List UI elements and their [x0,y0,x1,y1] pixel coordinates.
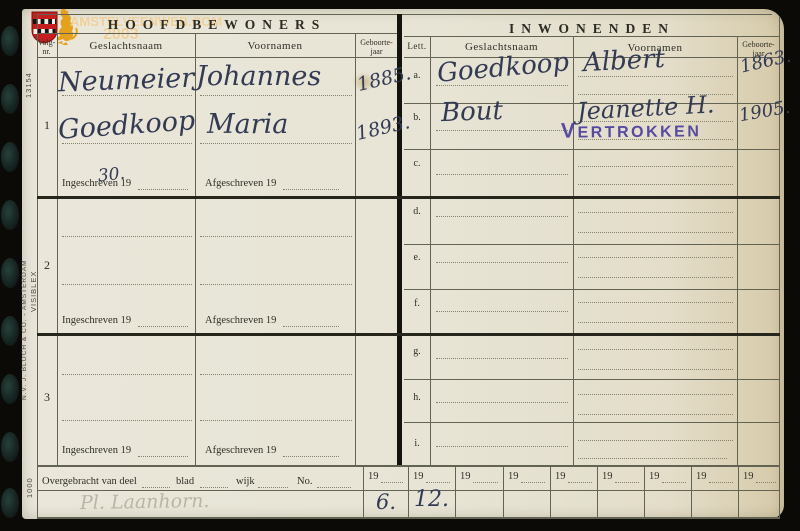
write-line [200,420,352,421]
printer-name: N.V. J. BLOCH & CO. - AMSTERDAM [21,188,28,400]
write-line [568,482,592,483]
write-line [578,440,733,441]
afgeschreven-label: Afgeschreven 19 [205,178,276,189]
table-right-border [779,16,780,518]
grid-line [737,36,738,465]
year-cell-label: 19 [508,471,519,482]
scanned-register-page: 13154 VISIBLEX N.V. J. BLOCH & CO. - AMS… [0,0,800,531]
row-letter: g. [406,346,428,357]
row-letter: d. [406,206,428,217]
write-line [62,374,192,375]
hw-geslachtsnaam: Bout [441,98,504,126]
col-header-geboortejaar-left: Geboorte- jaar [355,38,398,56]
grid-line [503,465,504,518]
grid-line [355,33,356,465]
section-divider [37,196,780,199]
write-line [578,212,733,213]
write-line [138,189,188,190]
binding-hole [1,84,19,114]
write-line [578,166,733,167]
binding-hole [1,26,19,56]
vertrokken-stamp: VERTROKKEN [561,118,702,143]
write-line [138,456,188,457]
grid-line [691,465,692,518]
grid-line [37,33,398,34]
write-line [142,487,170,488]
binding-hole [1,316,19,346]
binding-hole [1,258,19,288]
write-line [615,482,639,483]
write-line [200,95,352,96]
left-section-title: HOOFDBEWONERS [37,17,397,33]
ingeschreven-label: Ingeschreven 19 [62,315,131,326]
grid-line [195,33,196,465]
write-line [473,482,498,483]
row-letter: a. [406,70,428,81]
col-header-voornamen-left: Voornamen [195,40,355,52]
write-line [436,262,568,263]
write-line [62,284,192,285]
row-letter: e. [406,252,428,263]
grid-line [363,465,364,518]
row-letter: b. [406,112,428,123]
write-line [578,232,733,233]
write-line [578,302,733,303]
grid-line [597,465,598,518]
hw-year-value: 12. [414,489,449,511]
write-line [578,184,733,185]
write-line [200,487,228,488]
col-header-volgnr-line1: Volg- [38,38,56,47]
print-run: 1000 [25,458,34,498]
write-line [578,257,733,258]
grid-line [573,36,574,465]
grid-line [738,465,739,518]
grid-line [404,149,779,150]
write-line [200,143,352,144]
write-line [283,189,339,190]
write-line [436,311,568,312]
write-line [578,349,733,350]
write-line [200,374,352,375]
write-line [709,482,733,483]
write-line [200,236,352,237]
write-line [436,358,568,359]
year-cell-label: 19 [413,471,424,482]
row-letter: c. [406,158,428,169]
hw-year-value: 6. [376,492,396,513]
transfer-no-label: No. [297,476,312,487]
binding-hole [1,432,19,462]
grid-line [550,465,551,518]
grid-line [408,465,409,518]
write-line [578,277,733,278]
hw-geslachtsnaam: Neumeier [58,65,195,97]
binding-hole [1,374,19,404]
col-header-lett: Lett. [404,41,430,51]
write-line [283,456,339,457]
write-line [521,482,545,483]
afgeschreven-label: Afgeschreven 19 [205,445,276,456]
write-line [426,482,450,483]
grid-line [644,465,645,518]
grid-line [404,422,779,423]
right-section-title: INWONENDEN [404,21,780,37]
col-header-volgnr: Volg- nr. [36,38,57,56]
write-line [578,458,727,459]
volgnr-2: 2 [37,258,57,273]
transfer-blad-label: blad [176,476,194,487]
write-line [578,369,733,370]
write-line [283,326,339,327]
col-header-geb-line1: Geboorte- [360,38,392,47]
ingeschreven-label: Ingeschreven 19 [62,445,131,456]
write-line [578,414,733,415]
year-cell-label: 19 [696,471,707,482]
hw-voornamen: Johannes [196,63,321,90]
col-header-geb-line2: jaar [371,47,383,56]
year-cell-label: 19 [602,471,613,482]
hw-voornamen: Albert [582,46,665,76]
write-line [436,130,568,131]
grid-line [37,57,398,58]
year-cell-label: 19 [649,471,660,482]
binding-hole [1,488,19,518]
transfer-wijk-label: wijk [236,476,255,487]
write-line [200,284,352,285]
row-letter: i. [406,438,428,449]
write-line [436,174,568,175]
section-divider [37,333,780,336]
row-letter: f. [406,298,428,309]
volgnr-1: 1 [37,118,57,133]
grid-line [404,379,779,380]
volgnr-3: 3 [37,390,57,405]
write-line [662,482,686,483]
write-line [436,446,568,447]
table-top-border [37,14,772,15]
pencil-note: Pl. Laanhorn. [80,492,210,513]
grid-line [430,36,431,465]
write-line [381,482,403,483]
write-line [317,487,351,488]
sheet-serial-number: 13154 [24,36,33,98]
hw-voornamen: Maria [207,111,288,138]
grid-line [404,244,779,245]
year-cell-label: 19 [555,471,566,482]
col-header-volgnr-line2: nr. [42,47,50,56]
row-letter: h. [406,392,428,403]
write-line [578,322,733,323]
write-line [62,236,192,237]
write-line [258,487,288,488]
year-cell-label: 19 [743,471,754,482]
grid-line [404,289,779,290]
col-header-geslachtsnaam-left: Geslachtsnaam [57,40,195,52]
write-line [436,402,568,403]
year-cell-label: 19 [368,471,379,482]
year-cell-label: 19 [460,471,471,482]
grid-line [455,465,456,518]
write-line [756,482,776,483]
binding-hole [1,142,19,172]
write-line [578,394,733,395]
afgeschreven-label: Afgeschreven 19 [205,315,276,326]
transfer-deel-label: Overgebracht van deel [42,476,137,487]
write-line [138,326,188,327]
write-line [436,216,568,217]
binding-hole [1,200,19,230]
col-header-geb-line1: Geboorte- [742,40,774,49]
hw-ingeschreven-year: 30. [97,166,126,186]
write-line [62,420,192,421]
